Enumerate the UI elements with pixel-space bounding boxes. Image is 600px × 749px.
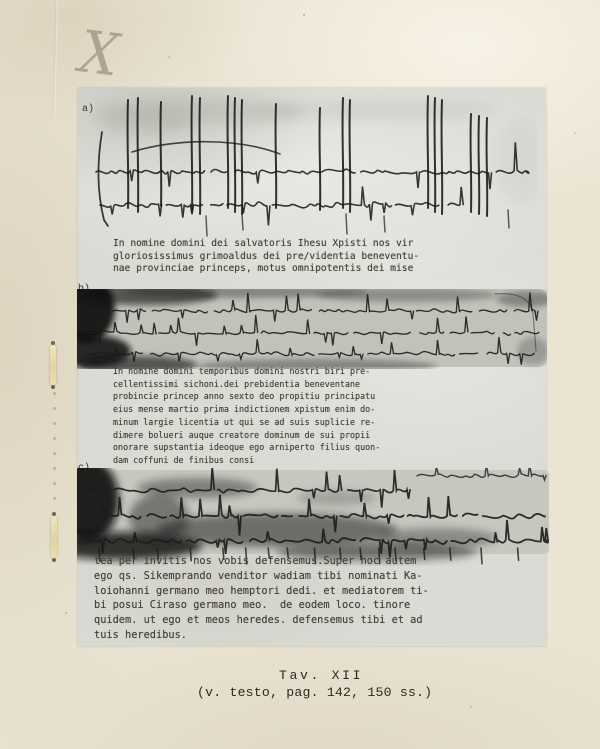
section-label-a: a) bbox=[82, 104, 94, 115]
plate-caption-title: Tav. XII bbox=[279, 668, 363, 683]
manuscript-facsimile-a bbox=[88, 90, 538, 240]
scanned-book-page: X a) In nomine domini dei salvatoris Ihe… bbox=[0, 0, 600, 749]
binding-stitch-top bbox=[50, 345, 56, 385]
transcription-c: tea per invitis nos vobis defensemus.Sup… bbox=[94, 554, 429, 643]
transcription-a: In nomine domini dei salvatoris Ihesu Xp… bbox=[113, 238, 419, 276]
section-label-c: c) bbox=[78, 463, 90, 474]
section-label-b: b) bbox=[78, 284, 90, 295]
binding-stitch-dots bbox=[53, 392, 56, 510]
photo-plate: a) In nomine domini dei salvatoris Ihesu… bbox=[78, 88, 546, 646]
pencil-x-mark: X bbox=[76, 17, 122, 89]
manuscript-facsimile-b bbox=[77, 289, 547, 369]
binding-stitch-bottom bbox=[51, 516, 57, 558]
manuscript-facsimile-c bbox=[77, 468, 549, 566]
paper-specks bbox=[0, 0, 2, 2]
page-fold-crease bbox=[52, 0, 58, 118]
plate-caption-reference: (v. testo, pag. 142, 150 ss.) bbox=[197, 685, 432, 700]
transcription-b: In nomine domini temporibus domini nostr… bbox=[113, 365, 380, 467]
